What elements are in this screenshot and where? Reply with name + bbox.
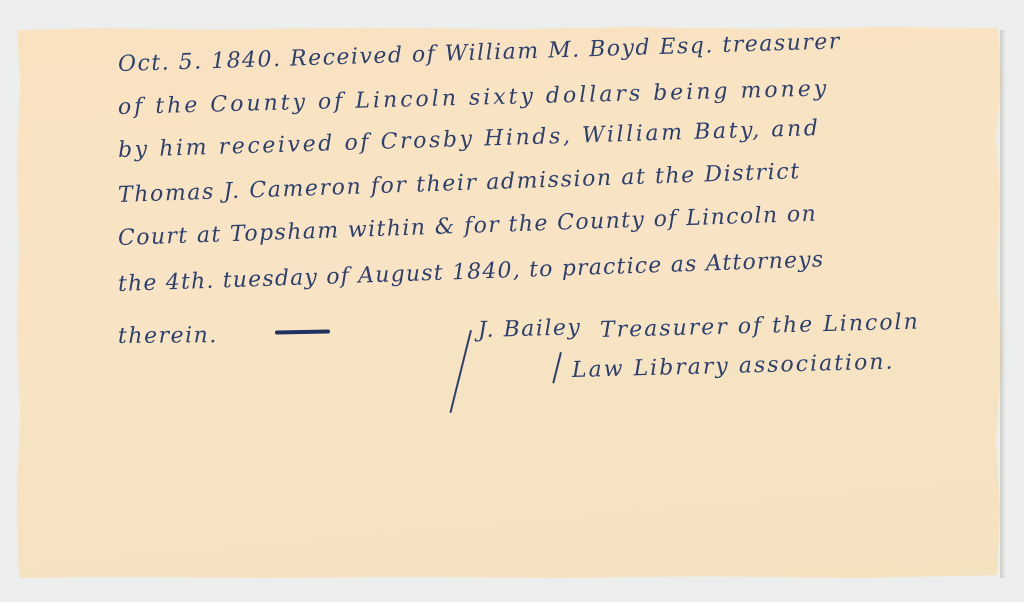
receipt-line-7: therein.: [118, 323, 218, 349]
signature-name: J. Bailey: [478, 315, 582, 343]
scan-background: Oct. 5. 1840. Received of William M. Boy…: [0, 0, 1024, 602]
paper-edge-shadow: [1000, 30, 1006, 578]
